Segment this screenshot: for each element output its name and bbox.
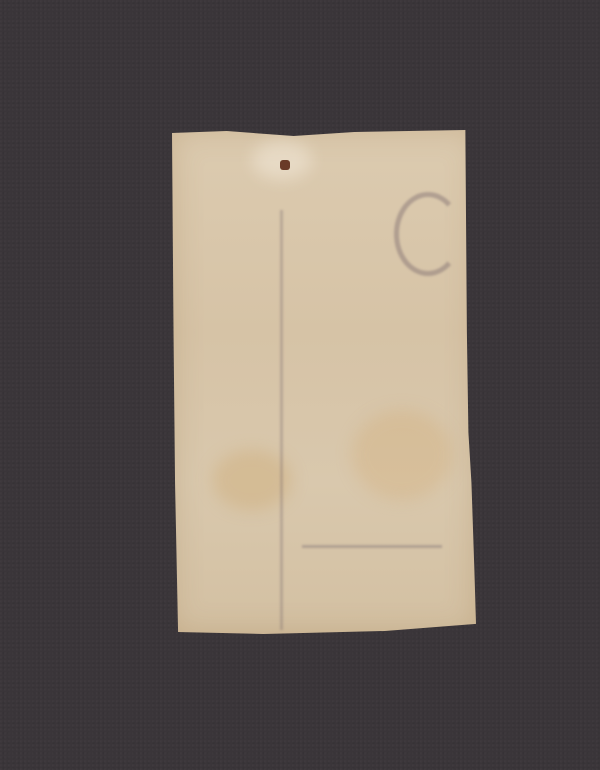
fold-crease [280,210,283,630]
pin-hole-mark [280,160,290,170]
water-stain [352,410,452,500]
ink-bleed-line [302,545,442,548]
ink-bleed-letter [394,192,462,276]
paper-fragment [172,130,476,634]
